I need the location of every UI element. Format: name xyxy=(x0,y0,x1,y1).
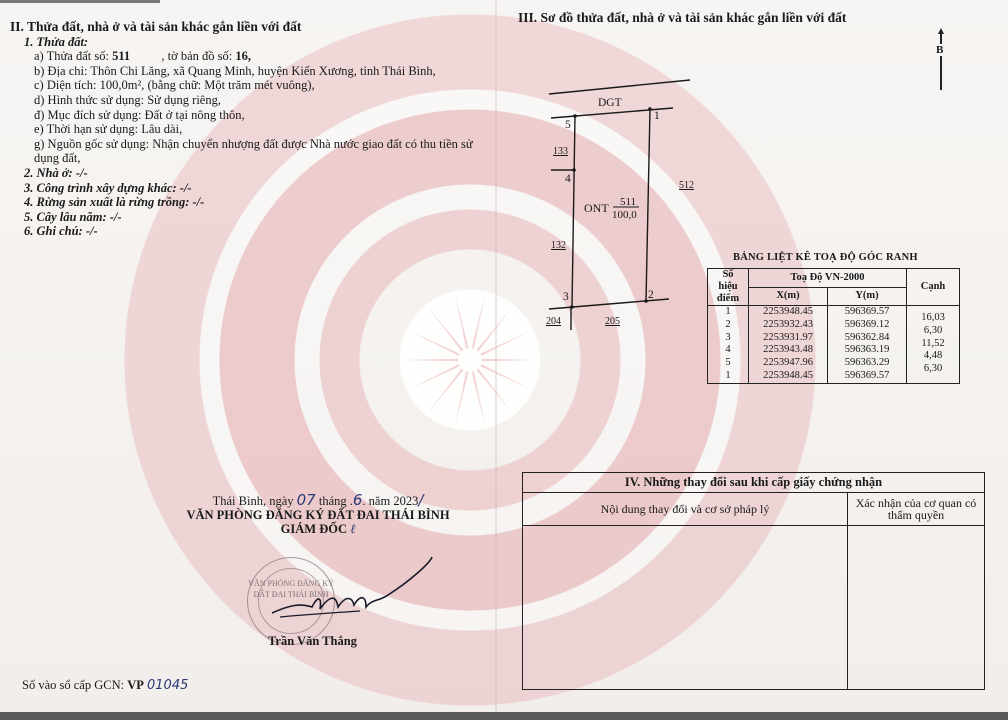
authority-confirmation-cell xyxy=(848,526,985,690)
north-arrow-icon: B xyxy=(935,28,947,90)
col-coord-group: Toạ Độ VN-2000 xyxy=(749,269,907,288)
x-coordinate: 2253948.45 xyxy=(753,306,823,319)
land-parcel-subheading: 1. Thửa đất: xyxy=(24,35,490,50)
usage-purpose-line: đ) Mục đích sử dụng: Đất ở tại nông thôn… xyxy=(34,108,490,123)
x-coordinate: 2253932.43 xyxy=(753,319,823,332)
signer-role: GIÁM ĐỐC ℓ xyxy=(178,522,458,536)
perennial-trees-line: 5. Cây lâu năm: -/- xyxy=(24,210,490,225)
x-coordinate: 2253948.45 xyxy=(753,370,823,383)
y-coordinate: 596369.12 xyxy=(832,319,902,332)
area-line: c) Diện tích: 100,0m², (bằng chữ: Một tr… xyxy=(34,78,490,93)
usage-origin-line: g) Nguồn gốc sử dụng: Nhận chuyển nhượng… xyxy=(34,137,490,166)
usage-term-line: e) Thời hạn sử dụng: Lâu dài, xyxy=(34,122,490,137)
section-ii-heading: II. Thửa đất, nhà ở và tài sản khác gắn … xyxy=(10,20,490,35)
edge-length: 4,48 xyxy=(911,350,955,363)
section-ii-land-info: II. Thửa đất, nhà ở và tài sản khác gắn … xyxy=(10,20,490,239)
issue-month: 6 xyxy=(353,491,363,509)
point-id: 3 xyxy=(712,332,744,345)
issue-date: Thái Bình, ngày 07 tháng .6. năm 2023/ xyxy=(178,493,458,508)
issuing-office: VĂN PHÒNG ĐĂNG KÝ ĐẤT ĐAI THÁI BÌNH xyxy=(178,508,458,522)
scan-edge-bottom xyxy=(0,712,1008,720)
point-id: 5 xyxy=(712,357,744,370)
x-list: 2253948.452253932.432253931.972253943.48… xyxy=(749,306,828,384)
north-label: B xyxy=(936,44,943,56)
notes-line: 6. Ghi chú: -/- xyxy=(24,224,490,239)
edge-length: 6,30 xyxy=(911,325,955,338)
edge-length: 16,03 xyxy=(911,312,955,325)
edge-length: 6,30 xyxy=(911,363,955,376)
y-coordinate: 596362.84 xyxy=(832,332,902,345)
parcel-number-line: a) Thửa đất số: 511 , tờ bản đồ số: 16, xyxy=(34,49,490,64)
x-coordinate: 2253943.48 xyxy=(753,344,823,357)
point-id: 1 xyxy=(712,306,744,319)
change-content-cell xyxy=(523,526,848,690)
y-coordinate: 596369.57 xyxy=(832,370,902,383)
issue-day: 07 xyxy=(297,491,316,509)
col-edge: Cạnh xyxy=(907,269,960,306)
col-point: Số hiệu điểm xyxy=(708,269,749,306)
point-id: 4 xyxy=(712,344,744,357)
edge-list: 16,036,3011,524,486,30 xyxy=(907,306,960,384)
point-id: 2 xyxy=(712,319,744,332)
address-line: b) Địa chỉ: Thôn Chi Lăng, xã Quang Minh… xyxy=(34,64,490,79)
production-forest-line: 4. Rừng sản xuất là rừng trồng: -/- xyxy=(24,195,490,210)
col-authority-confirmation: Xác nhận của cơ quan có thẩm quyền xyxy=(848,493,985,526)
col-y: Y(m) xyxy=(828,287,907,306)
coordinate-table: Số hiệu điểm Toạ Độ VN-2000 Cạnh X(m) Y(… xyxy=(707,268,960,384)
changes-table: IV. Những thay đổi sau khi cấp giấy chứn… xyxy=(522,472,985,690)
house-line: 2. Nhà ở: -/- xyxy=(24,166,490,181)
signer-name: Trần Văn Thắng xyxy=(268,634,357,649)
signature-block: Thái Bình, ngày 07 tháng .6. năm 2023/ V… xyxy=(178,493,458,536)
point-id: 1 xyxy=(712,370,744,383)
col-x: X(m) xyxy=(749,287,828,306)
point-list: 123451 xyxy=(708,306,749,384)
section-iv-heading: IV. Những thay đổi sau khi cấp giấy chứn… xyxy=(523,473,985,493)
y-coordinate: 596363.29 xyxy=(832,357,902,370)
registry-handwritten-number: 01045 xyxy=(147,678,188,693)
handwritten-signature-icon xyxy=(260,555,440,635)
parcel-number: 511 xyxy=(112,49,130,63)
bronze-drum-star-watermark xyxy=(400,290,540,430)
map-sheet-number: 16, xyxy=(235,49,251,63)
scan-edge xyxy=(0,0,160,3)
registry-number: Số vào sổ cấp GCN: VP 01045 xyxy=(22,678,188,693)
usage-form-line: d) Hình thức sử dụng: Sử dụng riêng, xyxy=(34,93,490,108)
y-coordinate: 596369.57 xyxy=(832,306,902,319)
edge-length: 11,52 xyxy=(911,338,955,351)
col-change-content: Nội dung thay đổi và cơ sở pháp lý xyxy=(523,493,848,526)
x-coordinate: 2253931.97 xyxy=(753,332,823,345)
y-list: 596369.57596369.12596362.84596363.195963… xyxy=(828,306,907,384)
y-coordinate: 596363.19 xyxy=(832,344,902,357)
coordinate-table-title: BẢNG LIỆT KÊ TOẠ ĐỘ GÓC RANH xyxy=(733,252,918,263)
other-construction-line: 3. Công trình xây dựng khác: -/- xyxy=(24,181,490,196)
x-coordinate: 2253947.96 xyxy=(753,357,823,370)
section-iii-heading: III. Sơ đồ thửa đất, nhà ở và tài sản kh… xyxy=(518,10,846,26)
